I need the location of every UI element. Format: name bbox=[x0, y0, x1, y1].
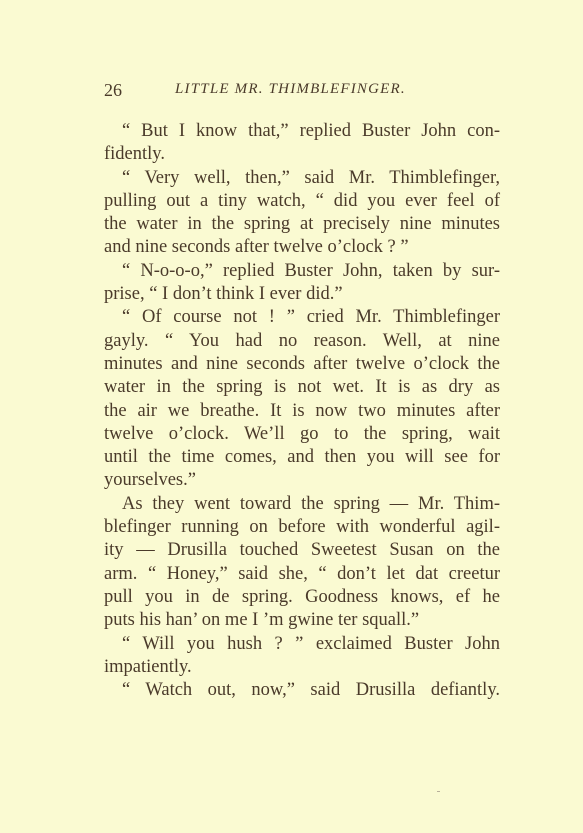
page-number: 26 bbox=[104, 80, 122, 101]
running-title: LITTLE MR. THIMBLEFINGER. bbox=[175, 81, 406, 98]
text-line: ity — Drusilla touched Sweetest Susan on… bbox=[104, 539, 500, 562]
text-line: “ Very well, then,” said Mr. Thimblefing… bbox=[104, 167, 500, 190]
text-line: As they went toward the spring — Mr. Thi… bbox=[104, 493, 500, 516]
text-line: prise, “ I don’t think I ever did.” bbox=[104, 283, 500, 306]
text-line: pulling out a tiny watch, “ did you ever… bbox=[104, 190, 500, 213]
text-line: arm. “ Honey,” said she, “ don’t let dat… bbox=[104, 563, 500, 586]
text-line: “ N-o-o-o,” replied Buster John, taken b… bbox=[104, 260, 500, 283]
text-line: blefinger running on before with wonderf… bbox=[104, 516, 500, 539]
text-line: yourselves.” bbox=[104, 469, 500, 492]
text-line: impatiently. bbox=[104, 656, 500, 679]
text-line: “ Will you hush ? ” exclaimed Buster Joh… bbox=[104, 633, 500, 656]
text-line: minutes and nine seconds after twelve o’… bbox=[104, 353, 500, 376]
text-line: “ Watch out, now,” said Drusilla defiant… bbox=[104, 679, 500, 702]
text-line: the water in the spring at precisely nin… bbox=[104, 213, 500, 236]
body-text: “ But I know that,” replied Buster John … bbox=[104, 120, 500, 702]
text-line: gayly. “ You had no reason. Well, at nin… bbox=[104, 330, 500, 353]
text-line: twelve o’clock. We’ll go to the spring, … bbox=[104, 423, 500, 446]
text-line: and nine seconds after twelve o’clock ? … bbox=[104, 236, 500, 259]
text-line: the air we breathe. It is now two minute… bbox=[104, 400, 500, 423]
text-line: “ But I know that,” replied Buster John … bbox=[104, 120, 500, 143]
text-line: until the time comes, and then you will … bbox=[104, 446, 500, 469]
text-line: pull you in de spring. Goodness knows, e… bbox=[104, 586, 500, 609]
text-line: “ Of course not ! ” cried Mr. Thimblefin… bbox=[104, 306, 500, 329]
text-line: puts his han’ on me I ’m gwine ter squal… bbox=[104, 609, 500, 632]
text-line: water in the spring is not wet. It is as… bbox=[104, 376, 500, 399]
text-line: fidently. bbox=[104, 143, 500, 166]
paper-speck bbox=[437, 791, 440, 792]
page-header: 26 LITTLE MR. THIMBLEFINGER. bbox=[104, 80, 500, 102]
